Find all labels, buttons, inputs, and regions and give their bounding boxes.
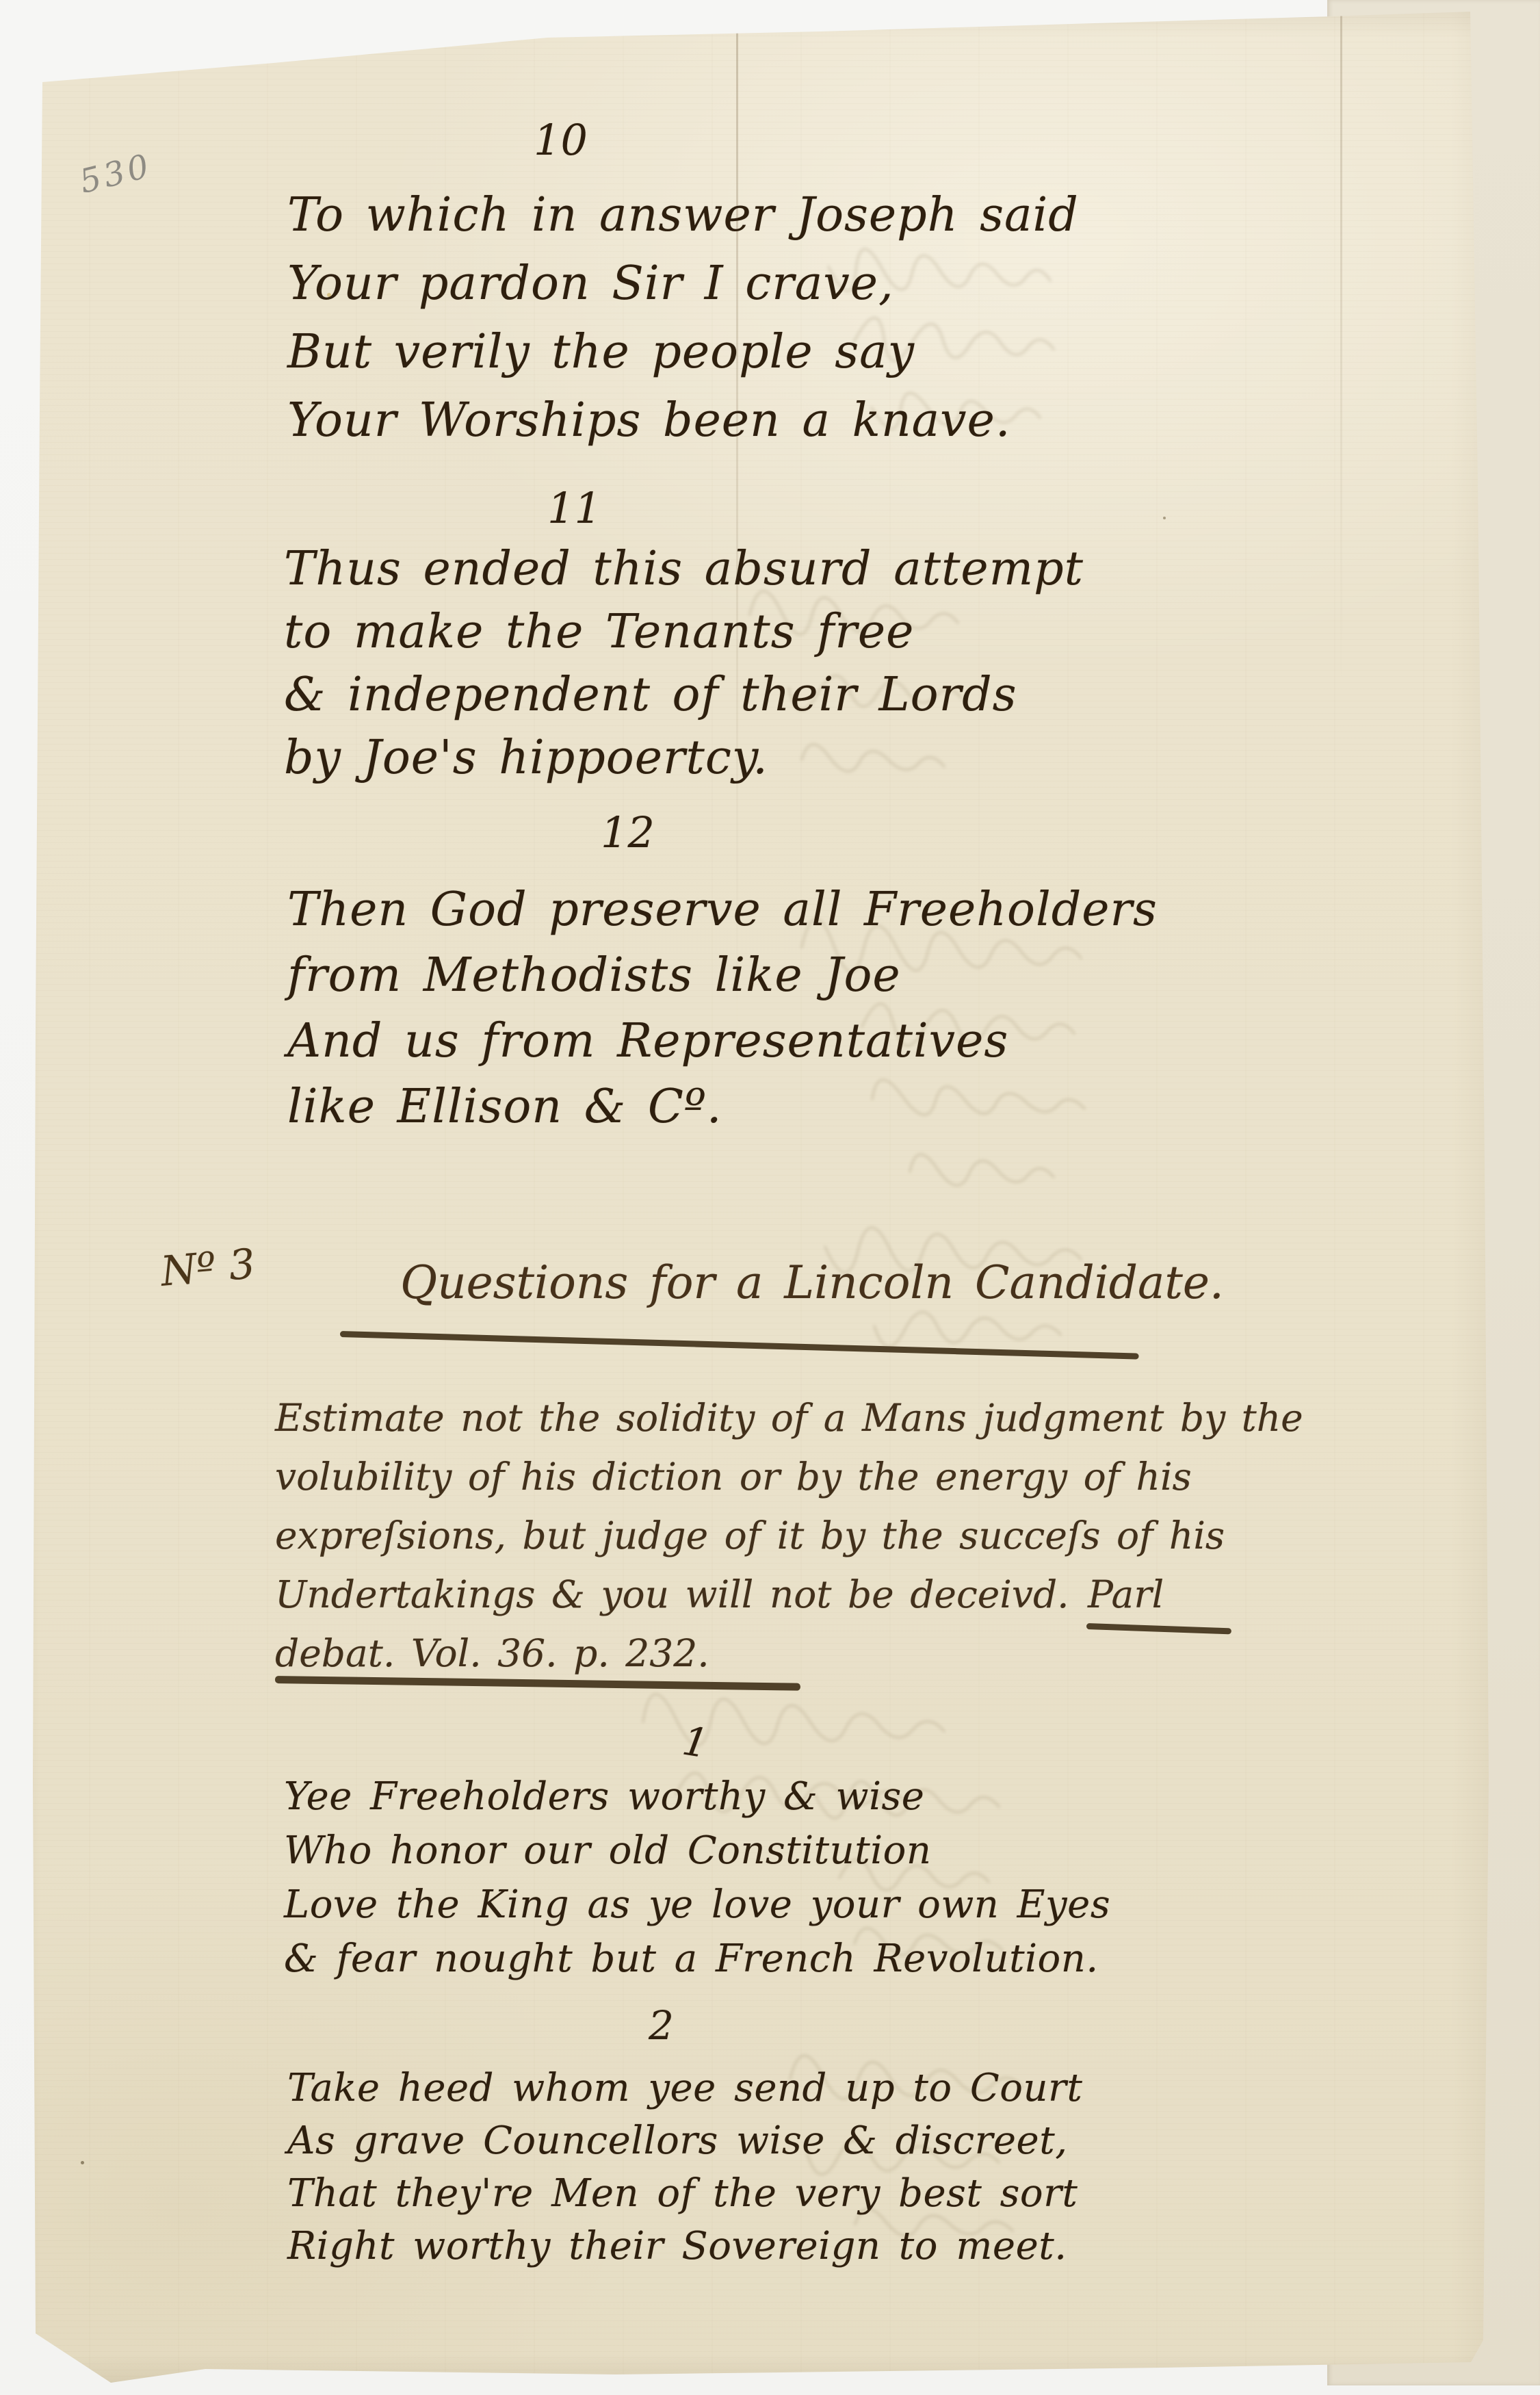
stanza-number-2: 2	[649, 2002, 674, 2049]
epigraph-citation-word: Parl	[1088, 1565, 1164, 1624]
verse-line: to make the Tenants free	[284, 601, 1084, 664]
manuscript-page: 530 10 To which in answer Joseph said Yo…	[0, 0, 1540, 2395]
fold-crease	[1340, 14, 1342, 684]
title-underline-stroke	[340, 1331, 1139, 1360]
verse-line: As grave Councellors wise & discreet,	[287, 2114, 1082, 2167]
verse-line: Then God preserve all Freeholders	[287, 877, 1158, 943]
verse-line: Love the King as ye love your own Eyes	[284, 1878, 1110, 1932]
paper-speck	[81, 2161, 84, 2164]
verse-line: Take heed whom yee send up to Court	[287, 2062, 1082, 2114]
verse-line: Right worthy their Sovereign to meet.	[287, 2220, 1082, 2273]
verse-line: Yee Freeholders worthy & wise	[284, 1770, 1110, 1824]
verse-line: Your Worships been a knave.	[287, 387, 1079, 455]
epigraph-line: Estimate not the solidity of a Mans judg…	[275, 1388, 1303, 1447]
scan-background: 530 10 To which in answer Joseph said Yo…	[0, 0, 1540, 2395]
section-title: Questions for a Lincoln Candidate.	[400, 1256, 1224, 1309]
verse-line: from Methodists like Joe	[287, 943, 1158, 1009]
stanza-12: Then God preserve all Freeholders from M…	[287, 877, 1158, 1140]
stanza-number-11: 11	[547, 483, 601, 533]
stanza-number-10: 10	[534, 115, 588, 165]
stanza-1: Yee Freeholders worthy & wise Who honor …	[284, 1770, 1110, 1986]
verse-line: To which in answer Joseph said	[287, 181, 1079, 250]
epigraph-paragraph: Estimate not the solidity of a Mans judg…	[275, 1388, 1303, 1683]
verse-line: And us from Representatives	[287, 1009, 1158, 1074]
pencil-folio-number: 530	[76, 146, 156, 201]
epigraph-citation-line: debat. Vol. 36. p. 232.	[275, 1624, 1303, 1683]
margin-number-label: Nº 3	[159, 1240, 257, 1296]
verse-line: That they're Men of the very best sort	[287, 2167, 1082, 2220]
verse-line: Thus ended this absurd attempt	[284, 538, 1084, 601]
stanza-number-1: 1	[679, 1718, 712, 1768]
verse-line: But verily the people say	[287, 318, 1079, 387]
verse-line: Your pardon Sir I crave,	[287, 250, 1079, 318]
stanza-number-12: 12	[601, 807, 655, 857]
verse-line: & fear nought but a French Revolution.	[284, 1932, 1110, 1986]
stanza-2: Take heed whom yee send up to Court As g…	[287, 2062, 1082, 2273]
epigraph-line: volubility of his diction or by the ener…	[275, 1447, 1303, 1506]
verse-line: by Joe's hippoertcy.	[284, 727, 1084, 790]
verse-line: Who honor our old Constitution	[284, 1824, 1110, 1878]
epigraph-line: expreſsions, but judge of it by the succ…	[275, 1506, 1303, 1565]
stanza-10: To which in answer Joseph said Your pard…	[287, 181, 1079, 455]
verse-line: like Ellison & Cº.	[287, 1074, 1158, 1140]
paper-speck	[1163, 517, 1166, 519]
stanza-11: Thus ended this absurd attempt to make t…	[284, 538, 1084, 790]
verse-line: & independent of their Lords	[284, 664, 1084, 727]
